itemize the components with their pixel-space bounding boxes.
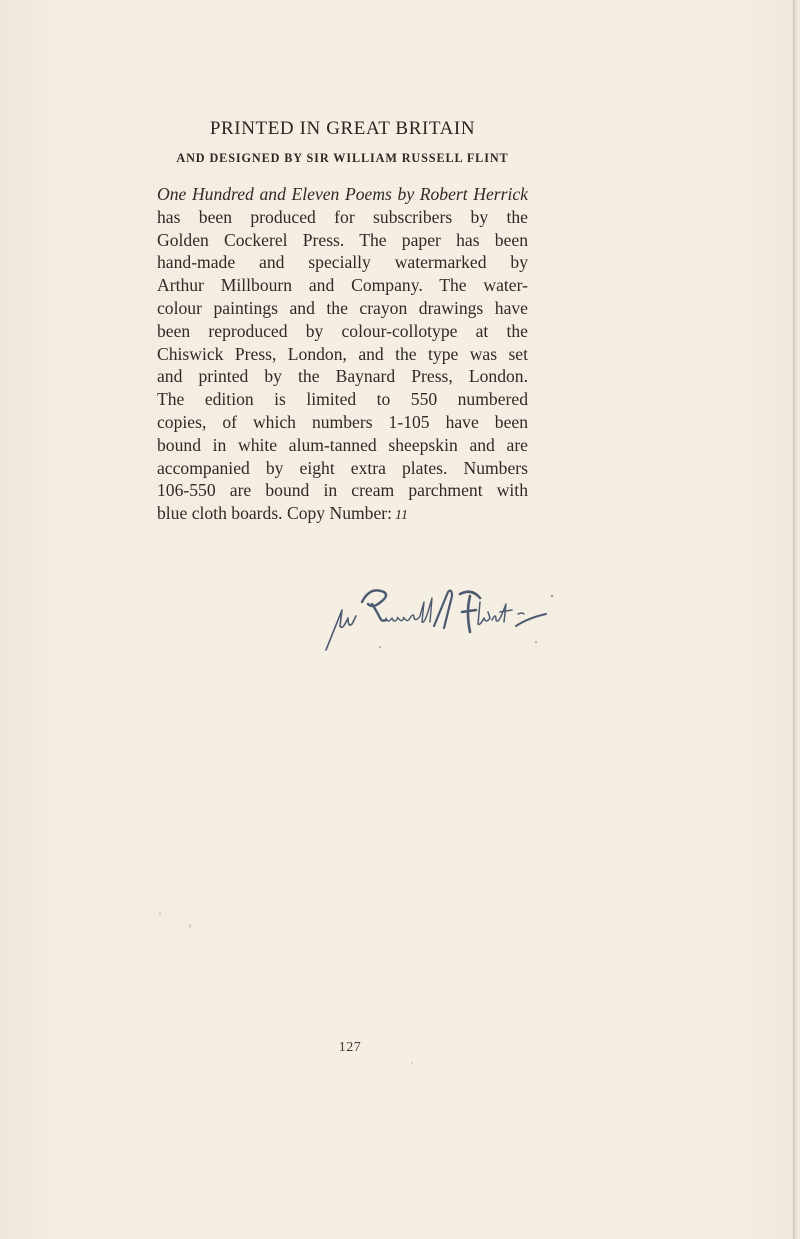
signature-icon [320,582,560,657]
body-line: The edition is limited to 550 numbered [157,388,528,411]
body-line: has been produced for subscribers by the [157,206,528,229]
body-line: been reproduced by colour-collotype at t… [157,320,528,343]
page-edge [794,0,800,1239]
copy-number-label: blue cloth boards. Copy Number: [157,503,392,523]
colophon-body: One Hundred and Eleven Poems by Robert H… [157,183,528,525]
colophon-subheader: AND DESIGNED BY SIR WILLIAM RUSSELL FLIN… [157,151,528,166]
page-number: 127 [0,1040,700,1056]
body-line: copies, of which numbers 1-105 have been [157,411,528,434]
paper-speck [411,1062,413,1064]
paper-speck [189,924,191,928]
book-title-line: One Hundred and Eleven Poems by Robert H… [157,183,528,206]
body-line: Chiswick Press, London, and the type was… [157,343,528,366]
paper-speck [159,912,161,915]
body-line: and printed by the Baynard Press, London… [157,365,528,388]
body-line: accompanied by eight extra plates. Numbe… [157,457,528,480]
body-line: bound in white alum-tanned sheepskin and… [157,434,528,457]
page-edge-shadow [793,0,794,1239]
body-line: colour paintings and the crayon drawings… [157,297,528,320]
colophon-header: PRINTED IN GREAT BRITAIN [157,118,528,140]
body-line: 106-550 are bound in cream parchment wit… [157,479,528,502]
body-line: Arthur Millbourn and Company. The water- [157,274,528,297]
copy-number-line: blue cloth boards. Copy Number:11 [157,502,528,525]
body-line: hand-made and specially watermarked by [157,251,528,274]
copy-number-value: 11 [395,508,408,523]
page-number-text: 127 [339,1040,362,1055]
body-line: Golden Cockerel Press. The paper has bee… [157,229,528,252]
